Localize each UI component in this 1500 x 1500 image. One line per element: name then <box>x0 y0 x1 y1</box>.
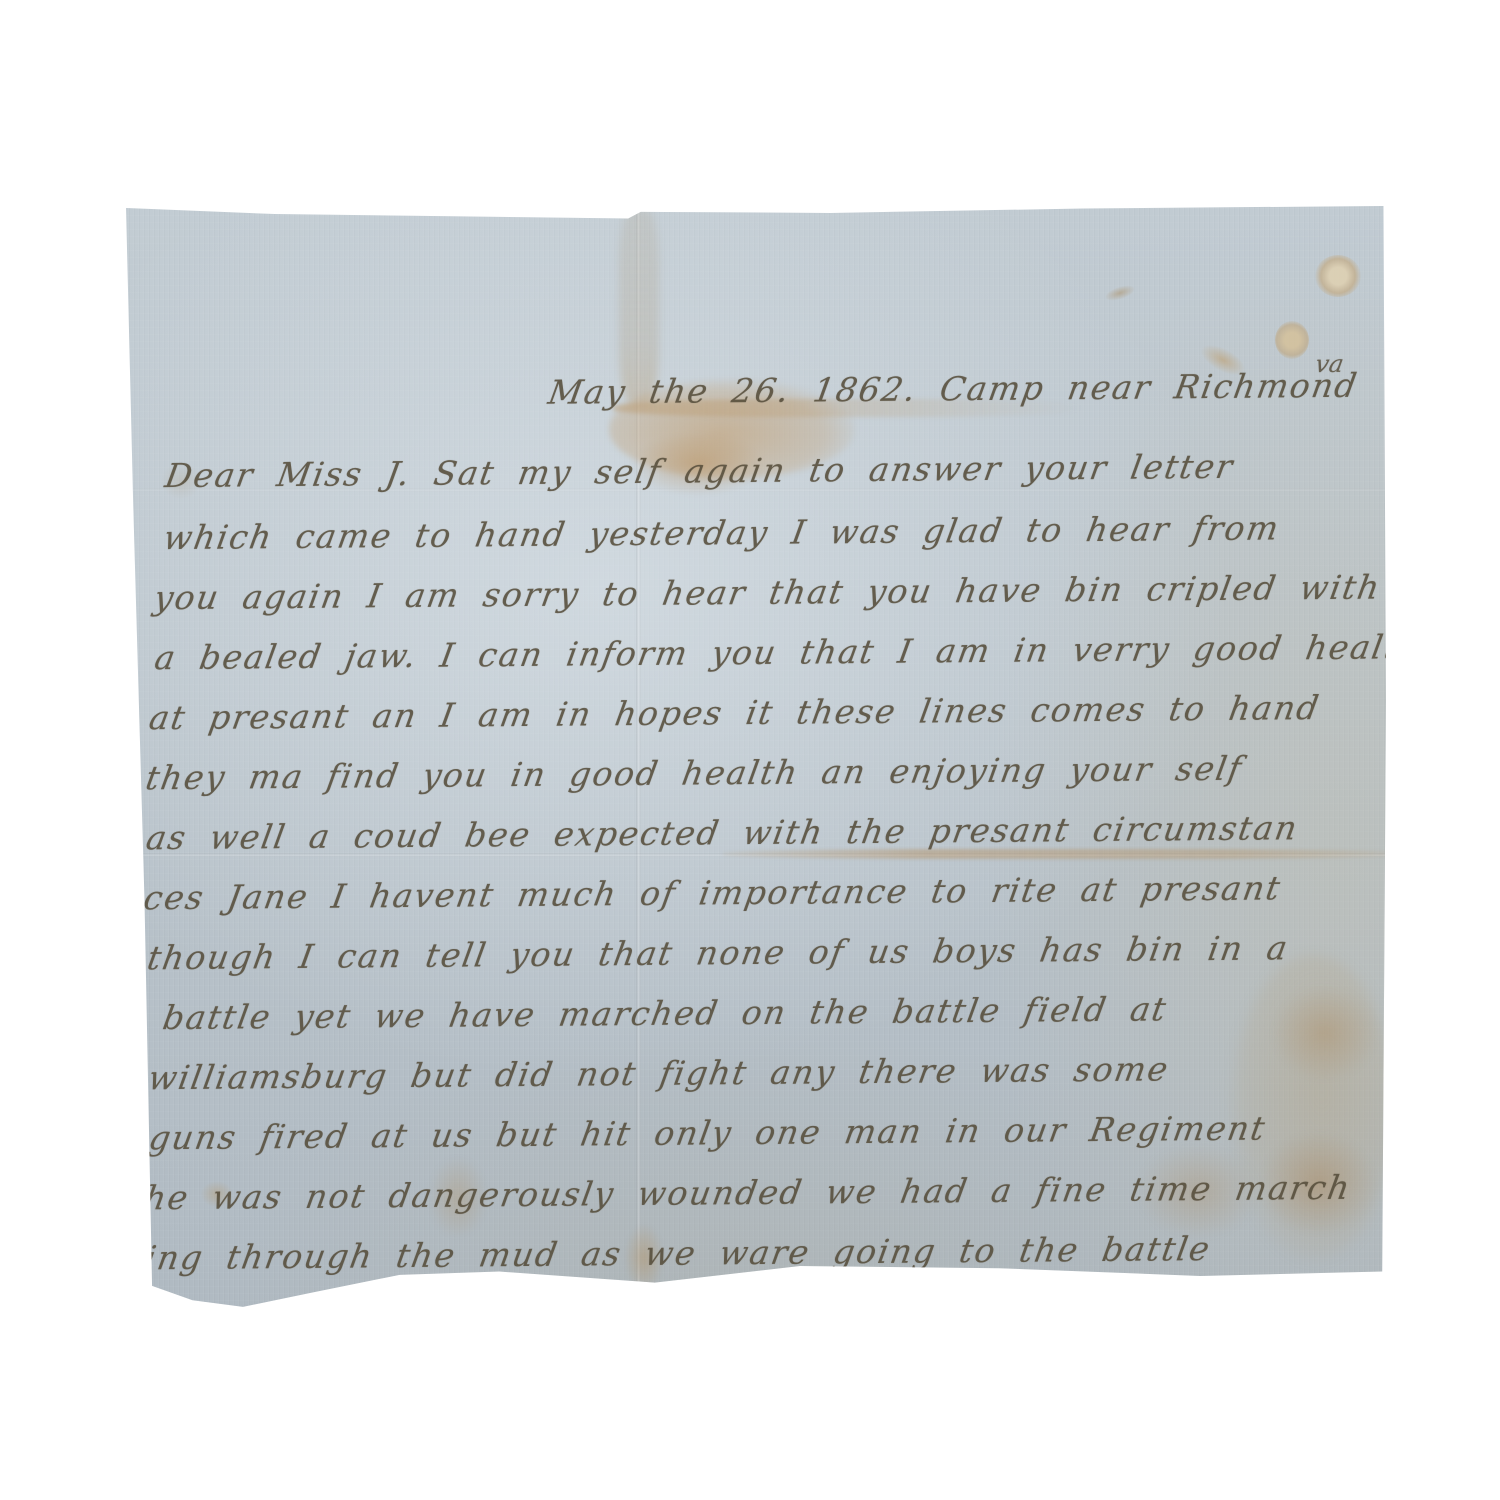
letter-line: as well a coud bee expected with the pre… <box>147 808 1299 857</box>
letter-line: ces Jane I havent much of importance to … <box>144 868 1281 917</box>
letter-line: he was not dangerously wounded we had a … <box>145 1168 1352 1218</box>
letter-line: you again I am sorry to hear that you ha… <box>154 568 1380 618</box>
dateline: May the 26. 1862. Camp near Richmond <box>549 366 1358 412</box>
handwriting-layer: May the 26. 1862. Camp near Richmond va … <box>118 198 1391 1314</box>
letter-line: they ma find you in good health an enjoy… <box>146 749 1243 798</box>
letter-line: williamsburg but did not fight any there… <box>149 1049 1170 1097</box>
letter-line: though I can tell you that none of us bo… <box>148 928 1289 977</box>
letter-line: guns fired at us but hit only one man in… <box>149 1109 1266 1158</box>
letter-line: which came to hand yesterday I was glad … <box>164 508 1280 557</box>
letter-line: at presant an I am in hopes it these lin… <box>149 688 1320 737</box>
letter-line: ing through the mud as we ware going to … <box>145 1229 1211 1277</box>
dateline-superscript: va <box>1315 350 1343 378</box>
letter-paper: May the 26. 1862. Camp near Richmond va … <box>123 203 1386 1308</box>
letter-line: a bealed jaw. I can inform you that I am… <box>155 627 1423 677</box>
letter-line: Dear Miss J. Sat my self again to answer… <box>165 447 1234 495</box>
letter-line: battle yet we have marched on the battle… <box>163 989 1167 1037</box>
photo-background: May the 26. 1862. Camp near Richmond va … <box>0 0 1500 1500</box>
